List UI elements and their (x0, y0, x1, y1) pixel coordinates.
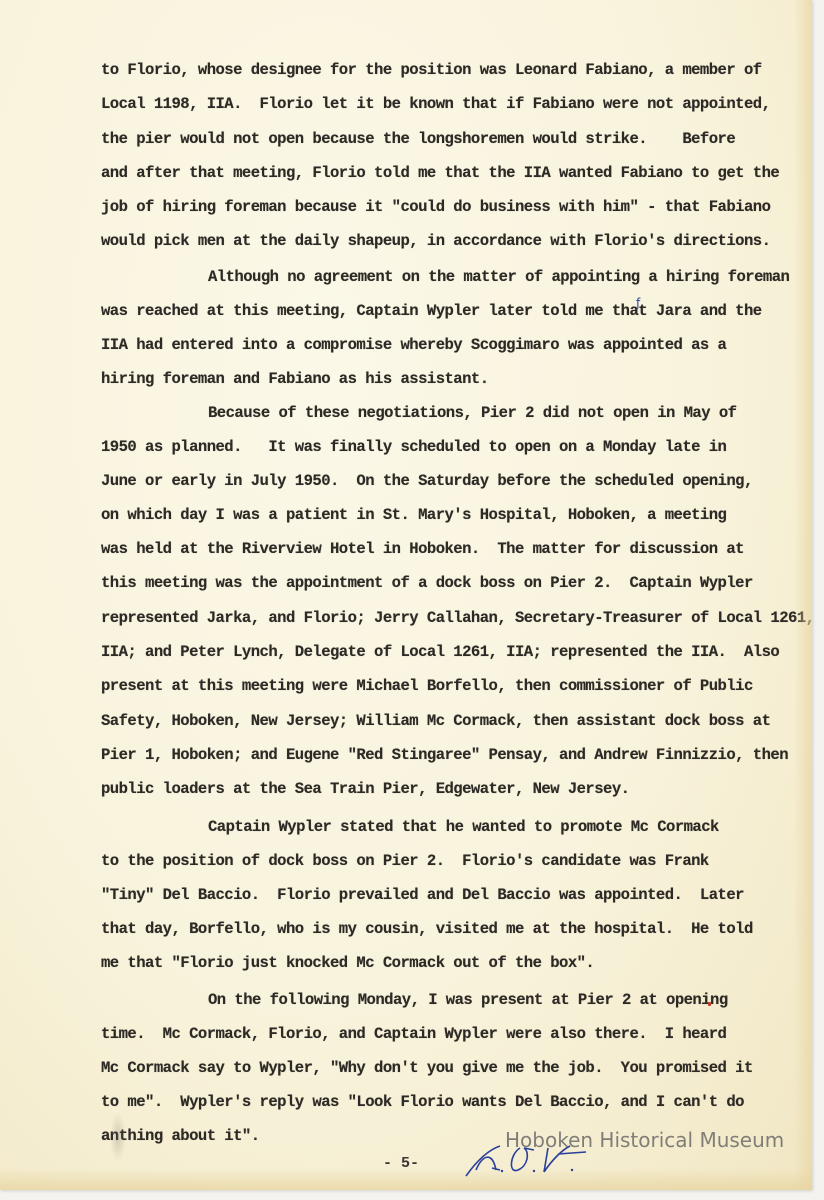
text-line: Although no agreement on the matter of a… (208, 267, 789, 287)
text-line: to me". Wypler's reply was "Look Florio … (101, 1092, 744, 1112)
text-line: to Florio, whose designee for the positi… (101, 60, 762, 80)
text-line: Because of these negotiations, Pier 2 di… (208, 403, 736, 423)
text-line: the pier would not open because the long… (101, 129, 735, 149)
text-line: "Tiny" Del Baccio. Florio prevailed and … (101, 885, 744, 905)
text-line: was held at the Riverview Hotel in Hobok… (101, 539, 744, 559)
text-line: this meeting was the appointment of a do… (101, 573, 753, 593)
text-line: would pick men at the daily shapeup, in … (101, 231, 770, 251)
watermark: Hoboken Historical Museum (505, 1128, 784, 1152)
text-line: Mc Cormack say to Wypler, "Why don't you… (101, 1058, 753, 1078)
handwritten-correction-mark: ƒ (636, 296, 640, 310)
text-line: On the following Monday, I was present a… (208, 990, 728, 1010)
text-line: Safety, Hoboken, New Jersey; William Mc … (101, 711, 770, 731)
text-line: Local 1198, IIA. Florio let it be known … (101, 94, 770, 114)
text-line: on which day I was a patient in St. Mary… (101, 505, 726, 525)
text-line: 1950 as planned. It was finally schedule… (101, 437, 726, 457)
red-ink-mark (708, 1002, 711, 1006)
text-line: hiring foreman and Fabiano as his assist… (101, 369, 489, 389)
typewritten-page: to Florio, whose designee for the positi… (0, 0, 812, 1190)
text-line: June or early in July 1950. On the Satur… (101, 471, 753, 491)
paper-smudge (110, 1112, 126, 1162)
text-line: public loaders at the Sea Train Pier, Ed… (101, 779, 629, 799)
text-line: time. Mc Cormack, Florio, and Captain Wy… (101, 1024, 726, 1044)
text-line: that day, Borfello, who is my cousin, vi… (101, 919, 753, 939)
text-line: and after that meeting, Florio told me t… (101, 163, 779, 183)
text-line: present at this meeting were Michael Bor… (101, 676, 753, 696)
page-number: - 5- (383, 1155, 419, 1172)
text-line: me that "Florio just knocked Mc Cormack … (101, 953, 594, 973)
text-line: IIA; and Peter Lynch, Delegate of Local … (101, 642, 779, 662)
text-line: to the position of dock boss on Pier 2. … (101, 851, 709, 871)
text-line: Captain Wypler stated that he wanted to … (208, 817, 719, 837)
text-line: IIA had entered into a compromise whereb… (101, 335, 726, 355)
text-line: Pier 1, Hoboken; and Eugene "Red Stingar… (101, 745, 788, 765)
text-line: represented Jarka, and Florio; Jerry Cal… (101, 608, 814, 628)
text-line: was reached at this meeting, Captain Wyp… (101, 301, 762, 321)
text-line: job of hiring foreman because it "could … (101, 197, 770, 217)
